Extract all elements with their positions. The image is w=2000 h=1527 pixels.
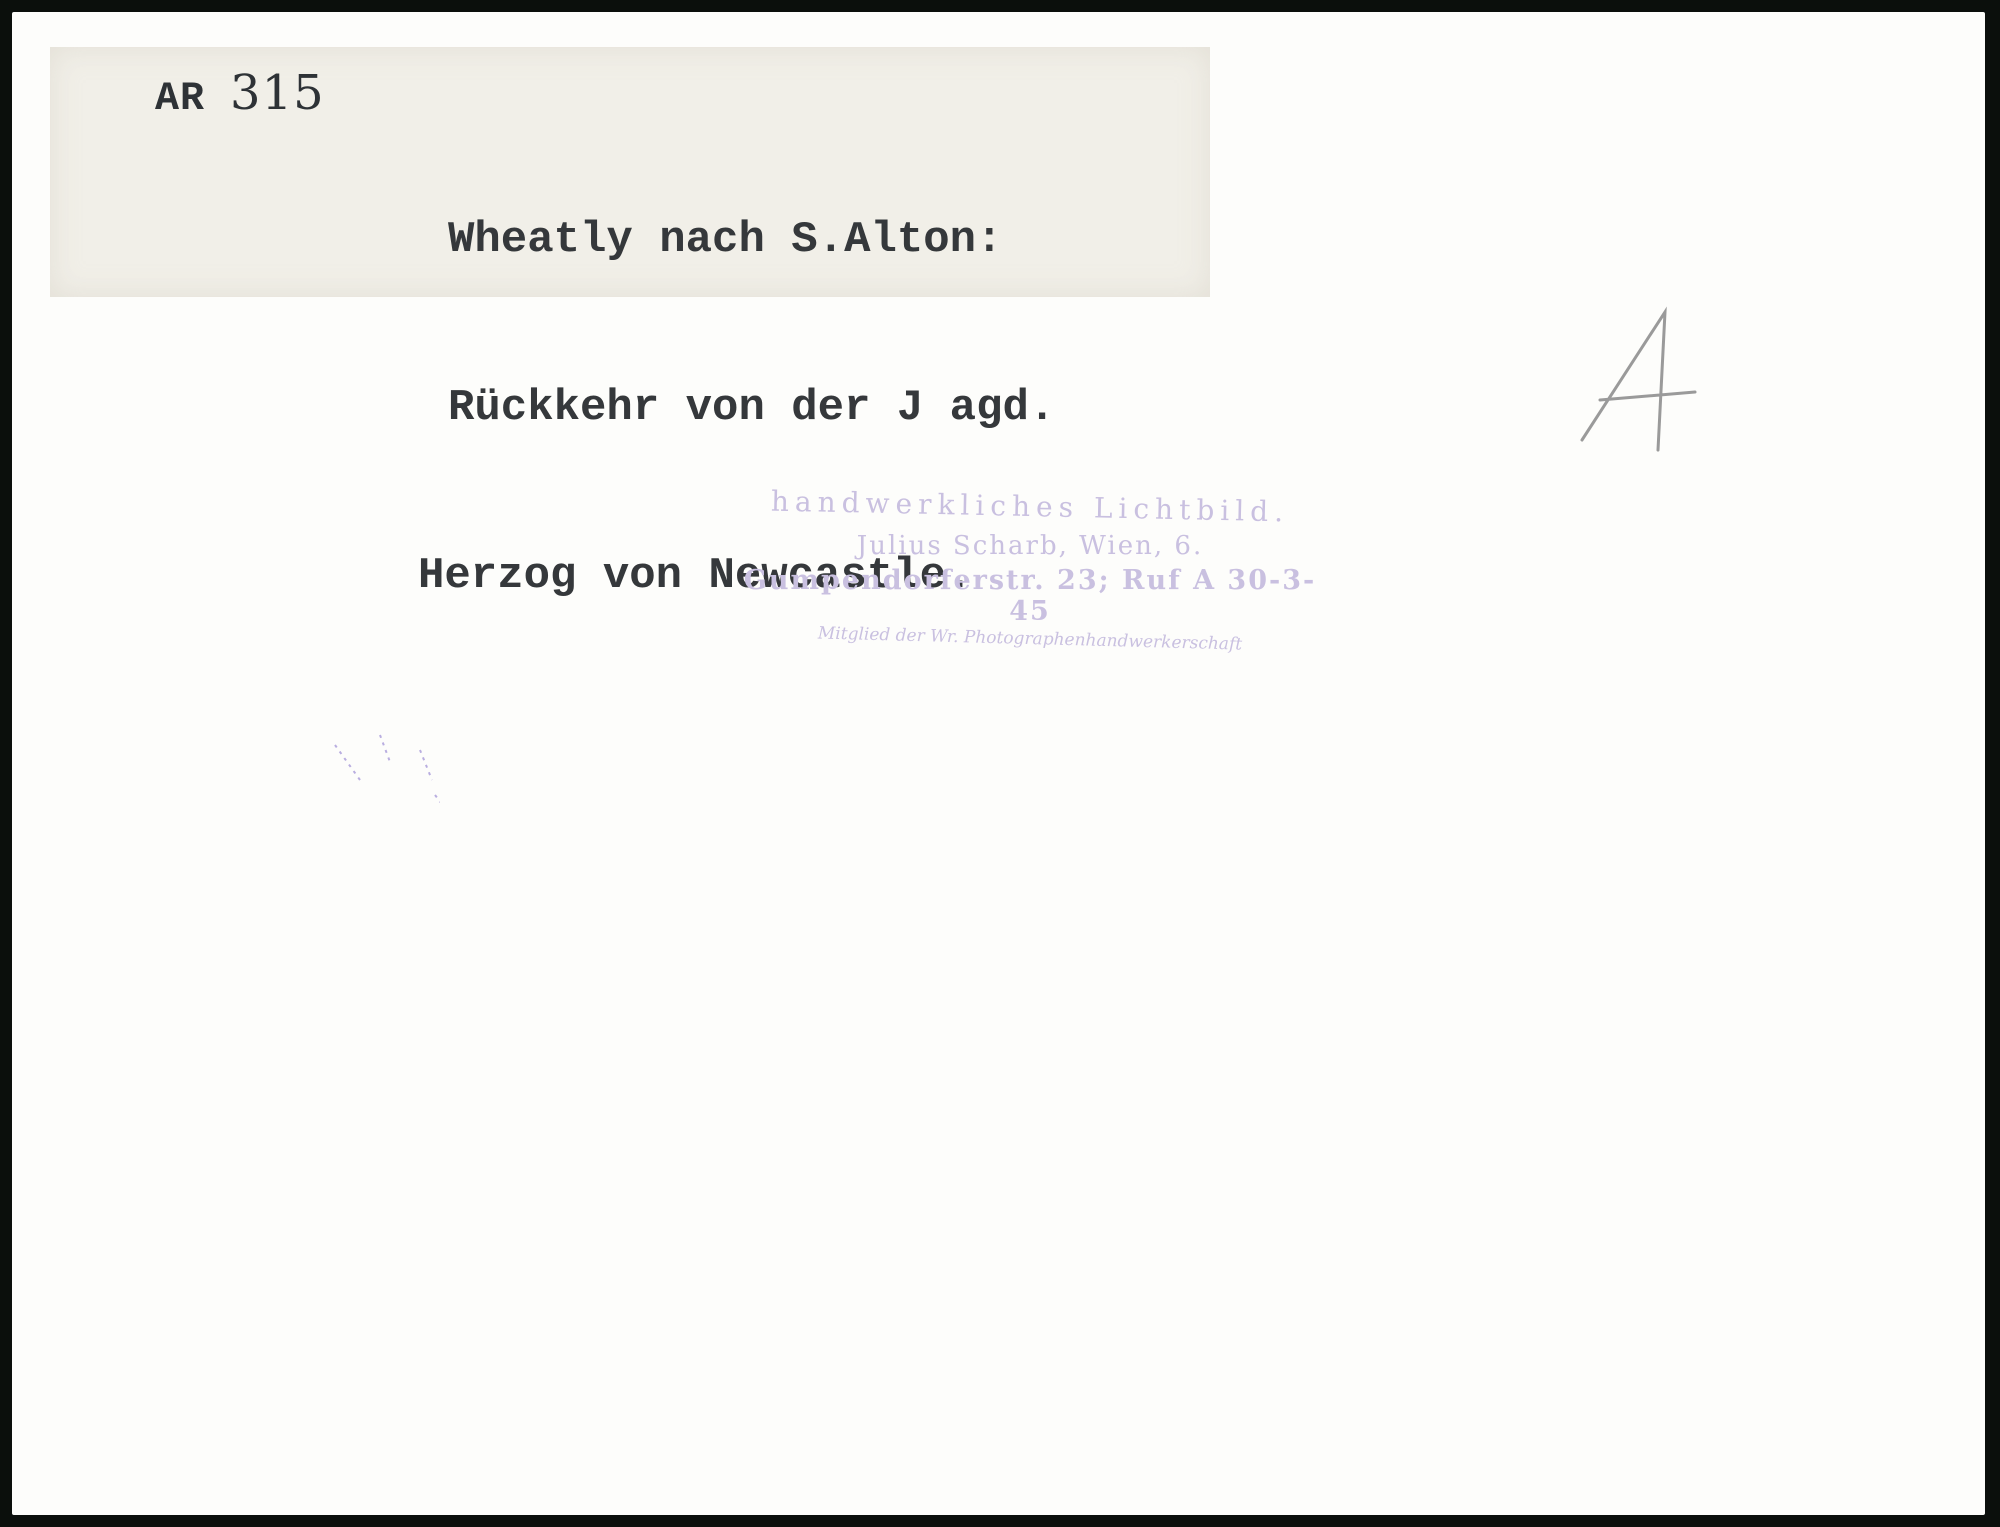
archive-number-value: 315 [230, 65, 325, 121]
faint-ink-marks-icon [320, 720, 440, 810]
handwritten-a-mark-icon [1570, 300, 1700, 460]
stamp-line-1: handwerkliches Lichtbild. [730, 484, 1331, 530]
caption-line-1: Wheatly nach S.Alton: [388, 212, 1055, 268]
stamp-line-2: Julius Scharb, Wien, 6. [730, 531, 1330, 561]
stamp-line-3: Gumpendorferstr. 23; Ruf A 30-3-45 [730, 565, 1330, 627]
archive-number: AR 315 [155, 65, 325, 122]
archive-prefix: AR [155, 77, 205, 122]
caption-line-2: Rückkehr von der J agd. [388, 380, 1055, 436]
photographer-stamp: handwerkliches Lichtbild. Julius Scharb,… [730, 490, 1330, 649]
